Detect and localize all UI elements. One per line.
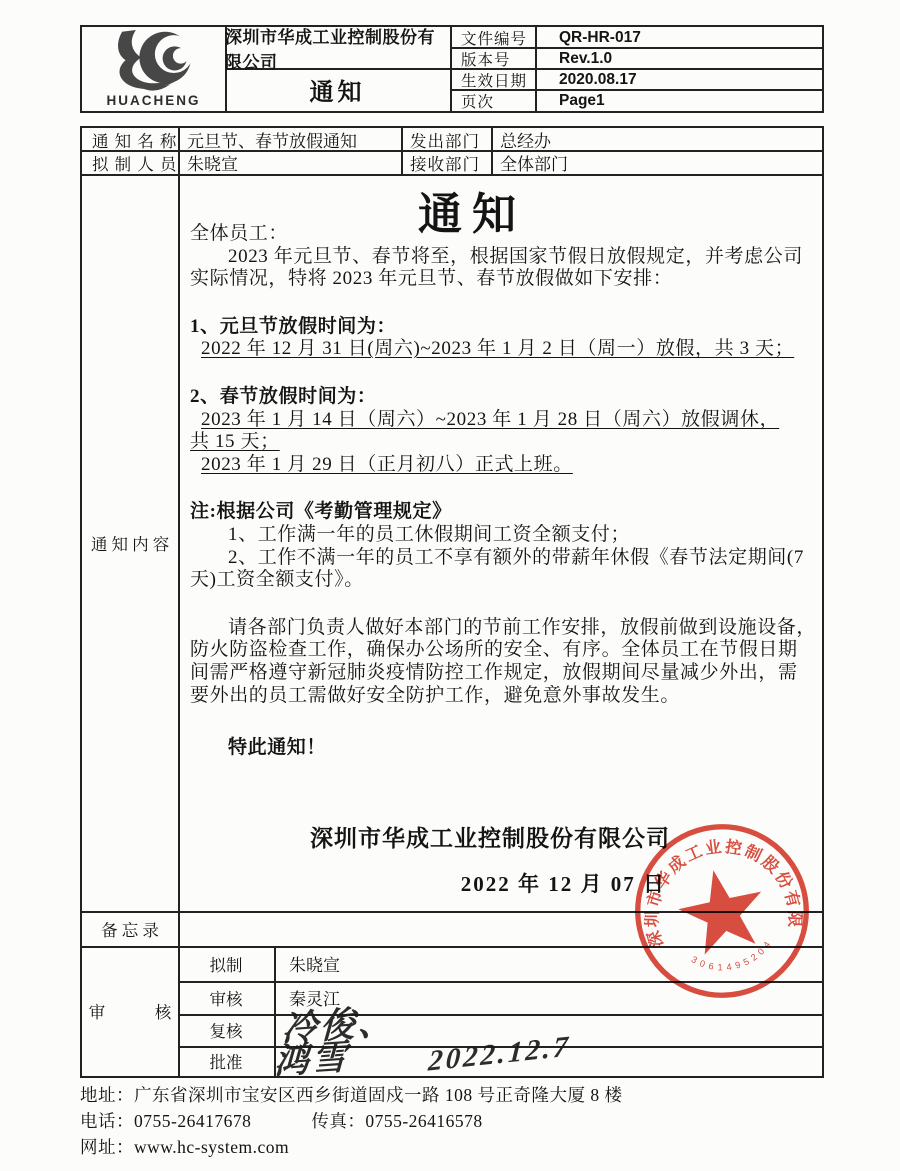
footer-address: 地址：广东省深圳市宝安区西乡街道固戍一路 108 号正奇隆大厦 8 楼	[80, 1082, 840, 1108]
meta-label: 文件编号	[452, 27, 546, 48]
approval-label: 审 核	[82, 946, 178, 1076]
info-label: 通 知 名 称	[82, 128, 178, 151]
notice-line: 要外出的员工需做好安全防护工作，避免意外事故发生。	[190, 685, 822, 708]
info-label: 发出部门	[401, 128, 491, 151]
meta-value: 2020.08.17	[546, 69, 822, 90]
approval-role-label: 复核	[178, 1014, 274, 1046]
header-doc-type: 通知	[225, 68, 450, 111]
approve-signature-handwriting: 鸿雪	[273, 1029, 351, 1085]
approval-row: 拟制朱晓宣	[178, 946, 822, 981]
meta-row: 文件编号QR-HR-017	[452, 27, 822, 48]
meta-value: Rev.1.0	[546, 48, 822, 69]
approval-person-value: 朱晓宣	[274, 946, 822, 981]
notice-line: 实际情况，特将 2023 年元旦节、春节放假做如下安排：	[190, 268, 822, 291]
logo-wordmark: HUACHENG	[106, 93, 200, 108]
signature-company: 深圳市华成工业控制股份有限公司	[310, 820, 670, 853]
meta-row: 页次Page1	[452, 90, 822, 111]
scanned-notice-document: HUACHENG 深圳市华成工业控制股份有限公司 通知 文件编号QR-HR-01…	[0, 0, 900, 1171]
header-company-name: 深圳市华成工业控制股份有限公司	[225, 27, 450, 68]
notice-content-label: 通 知 内 容	[82, 174, 178, 911]
approval-role-label: 拟制	[178, 946, 274, 981]
notice-line: 间需严格遵守新冠肺炎疫情防控工作规定，放假期间尽量减少外出，需	[190, 662, 822, 685]
info-value: 朱晓宣	[178, 151, 401, 174]
meta-label: 版本号	[452, 48, 546, 69]
notice-line: 天)工资全额支付》。	[190, 569, 822, 592]
info-value: 元旦节、春节放假通知	[178, 128, 401, 151]
notice-line: 请各部门负责人做好本部门的节前工作安排，放假前做到设施设备，	[190, 617, 822, 640]
notice-line: 1、元旦节放假时间为：	[190, 316, 822, 339]
notice-body-text: 全体员工：2023 年元旦节、春节将至，根据国家节假日放假规定，并考虑公司实际情…	[190, 223, 822, 760]
meta-row: 生效日期2020.08.17	[452, 69, 822, 90]
footer-phone: 电话：0755-26417678	[80, 1108, 251, 1134]
notice-line: 2023 年 1 月 29 日（正月初八）正式上班。	[190, 454, 822, 477]
notice-line: 防火防盗检查工作，确保办公场所的安全、有序。全体员工在节假日期	[190, 639, 822, 662]
meta-value: Page1	[546, 90, 822, 111]
meta-row: 版本号Rev.1.0	[452, 48, 822, 69]
info-label: 接收部门	[401, 151, 491, 174]
memo-label: 备 忘 录	[82, 911, 178, 946]
header-table: HUACHENG 深圳市华成工业控制股份有限公司 通知 文件编号QR-HR-01…	[80, 25, 824, 113]
notice-line: 特此通知！	[190, 737, 822, 760]
notice-line: 2023 年 1 月 14 日（周六）~2023 年 1 月 28 日（周六）放…	[190, 409, 822, 432]
notice-line: 2023 年元旦节、春节将至，根据国家节假日放假规定，并考虑公司	[190, 246, 822, 269]
footer: 地址：广东省深圳市宝安区西乡街道固戍一路 108 号正奇隆大厦 8 楼 电话：0…	[80, 1082, 840, 1160]
notice-line: 2、工作不满一年的员工不享有额外的带薪年休假《春节法定期间(7	[190, 547, 822, 570]
main-table: 通 知 名 称元旦节、春节放假通知发出部门总经办拟 制 人 员朱晓宣接收部门全体…	[80, 126, 824, 1078]
company-logo: HUACHENG	[82, 27, 225, 111]
meta-label: 页次	[452, 90, 546, 111]
approval-row: 审核秦灵江	[178, 981, 822, 1014]
notice-line: 2、春节放假时间为：	[190, 386, 822, 409]
footer-website: 网址：www.hc-system.com	[80, 1134, 840, 1160]
notice-line: 2022 年 12 月 31 日(周六)~2023 年 1 月 2 日（周一）放…	[190, 338, 822, 361]
info-value: 全体部门	[491, 151, 822, 174]
footer-fax: 传真：0755-26416578	[311, 1108, 482, 1134]
notice-line: 全体员工：	[190, 223, 822, 246]
info-value: 总经办	[491, 128, 822, 151]
notice-line: 注:根据公司《考勤管理规定》	[190, 501, 822, 524]
meta-label: 生效日期	[452, 69, 546, 90]
info-label: 拟 制 人 员	[82, 151, 178, 174]
notice-line: 1、工作满一年的员工休假期间工资全额支付；	[190, 524, 822, 547]
huacheng-logo-icon	[98, 30, 210, 92]
notice-line: 共 15 天；	[190, 431, 822, 454]
approval-role-label: 审核	[178, 981, 274, 1014]
approval-role-label: 批准	[178, 1046, 274, 1076]
meta-value: QR-HR-017	[546, 27, 822, 48]
